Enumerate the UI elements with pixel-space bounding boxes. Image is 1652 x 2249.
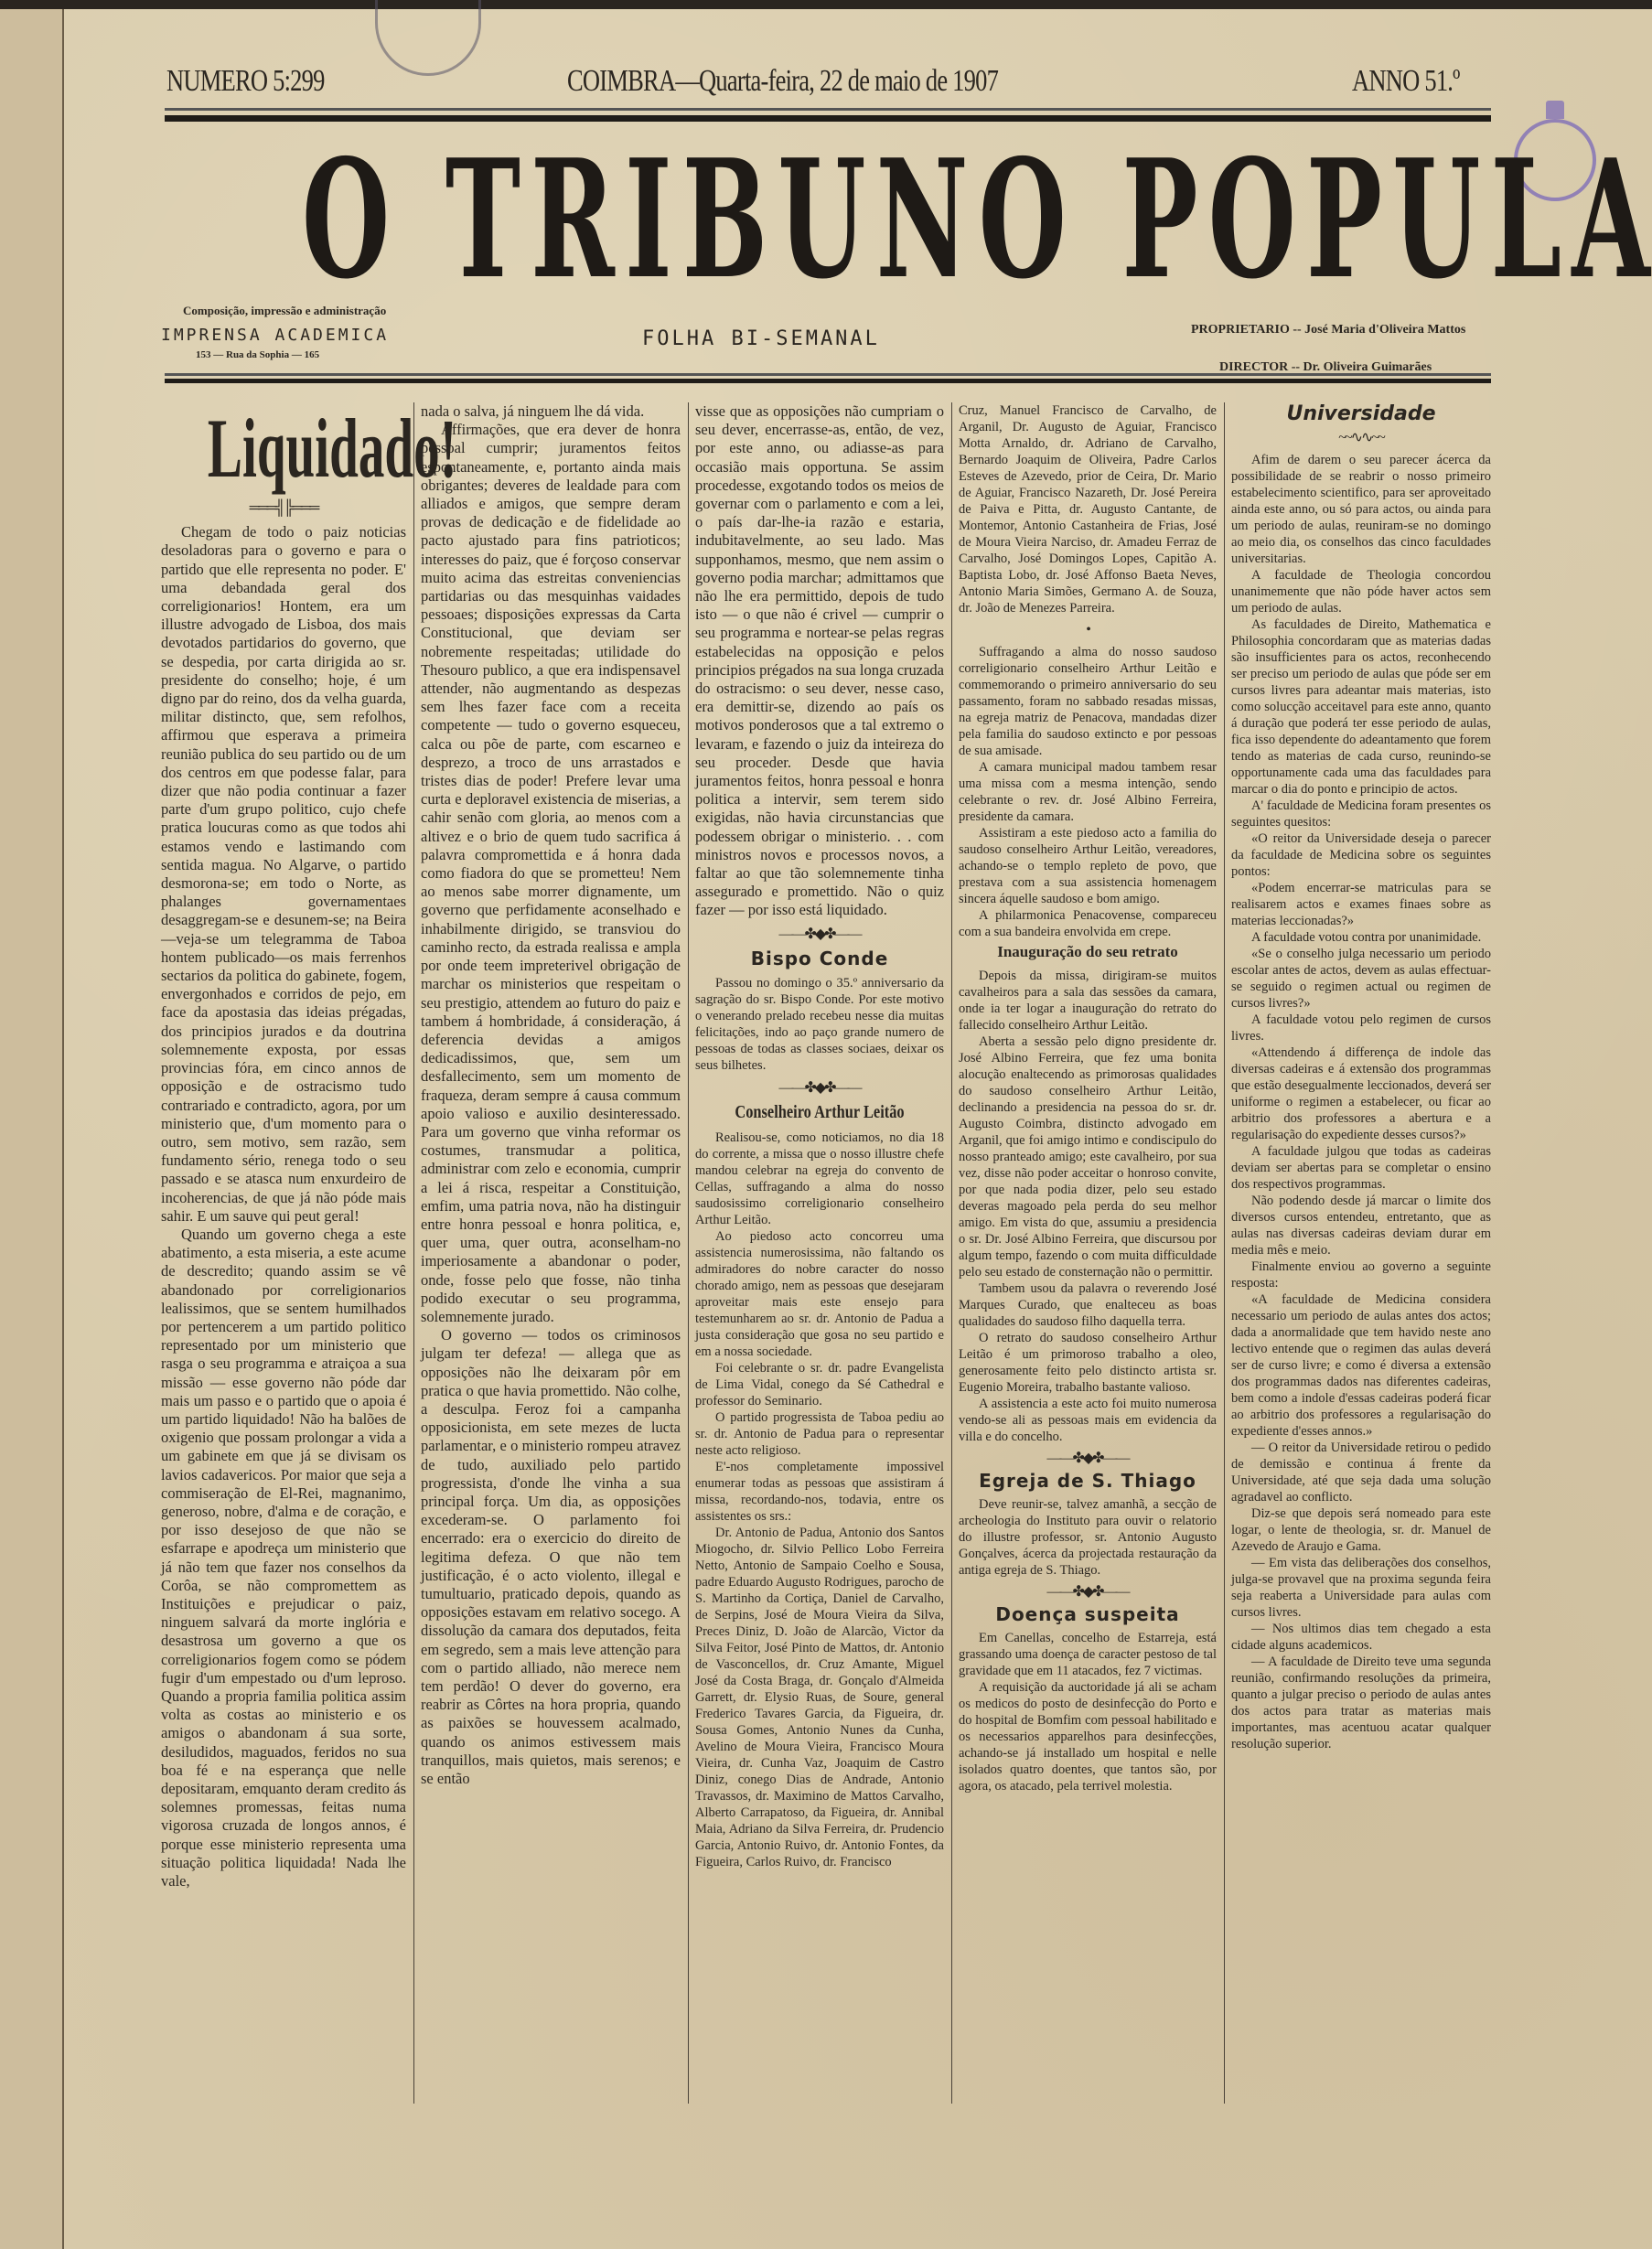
column-1: Liquidado! ═══╣╠═══ Chegam de todo o pai… [161, 402, 406, 1890]
separator-icon: ═══╣╠═══ [161, 499, 406, 518]
headline-egreja: Egreja de S. Thiago [959, 1473, 1217, 1489]
paragraph: A faculdade julgou que todas as cadeiras… [1231, 1143, 1491, 1193]
column-2: nada o salva, já ninguem lhe dá vida. Af… [421, 402, 681, 1788]
issue-number: NUMERO 5:299 [166, 64, 325, 99]
paragraph: Ao piedoso acto concorreu uma assistenci… [695, 1228, 944, 1360]
adjacent-page-edge [0, 9, 64, 2249]
newspaper-title: O TRIBUNO POPULAR [302, 133, 949, 306]
paragraph: Em Canellas, concelho de Estarreja, está… [959, 1630, 1217, 1679]
paragraph: Não podendo desde já marcar o limite dos… [1231, 1193, 1491, 1258]
paragraph: A philarmonica Penacovense, compareceu c… [959, 907, 1217, 940]
paragraph: A' faculdade de Medicina foram presentes… [1231, 798, 1491, 830]
ornament-icon: ——✤◆✤—— [959, 1584, 1217, 1601]
paragraph: Afim de darem o seu parecer ácerca da po… [1231, 452, 1491, 567]
rule [165, 108, 1491, 111]
year-volume: ANNO 51.º [1352, 64, 1460, 99]
headline-liquidado: Liquidado! [208, 402, 359, 494]
headline-universidade: Universidade [1231, 406, 1491, 423]
paragraph: Aberta a sessão pelo digno presidente dr… [959, 1033, 1217, 1280]
paragraph: «Podem encerrar-se matriculas para se re… [1231, 880, 1491, 929]
paragraph: A camara municipal madou tambem resar um… [959, 759, 1217, 825]
frequency: FOLHA BI-SEMANAL [642, 327, 880, 350]
paragraph: Suffragando a alma do nosso saudoso corr… [959, 644, 1217, 759]
headline-conselheiro: Conselheiro Arthur Leitão [717, 1103, 921, 1121]
paragraph: Assistiram a este piedoso acto a familia… [959, 825, 1217, 907]
press-name: IMPRENSA ACADEMICA [161, 326, 389, 345]
paragraph: «A faculdade de Medicina considera neces… [1231, 1291, 1491, 1440]
paragraph: Affirmações, que era dever de honra pess… [421, 421, 681, 1326]
rule [165, 373, 1491, 376]
paragraph: Realisou-se, como noticiamos, no dia 18 … [695, 1130, 944, 1228]
paragraph: — A faculdade de Direito teve uma segund… [1231, 1654, 1491, 1752]
column-4: Cruz, Manuel Francisco de Carvalho, de A… [959, 402, 1217, 1794]
paragraph: Passou no domingo o 35.º anniversario da… [695, 975, 944, 1074]
column-5: Universidade ~~∿∿~~ Afim de darem o seu … [1231, 402, 1491, 1752]
paragraph: Cruz, Manuel Francisco de Carvalho, de A… [959, 402, 1217, 616]
paragraph: Depois da missa, dirigiram-se muitos cav… [959, 968, 1217, 1033]
dateline: COIMBRA—Quarta-feira, 22 de maio de 1907 [567, 64, 998, 99]
paragraph: Chegam de todo o paiz noticias desolador… [161, 523, 406, 1226]
paragraph: «O reitor da Universidade deseja o parec… [1231, 830, 1491, 880]
paragraph: A faculdade votou pelo regimen de cursos… [1231, 1012, 1491, 1044]
column-divider [1224, 402, 1225, 2104]
paragraph: visse que as opposições não cumpriam o s… [695, 402, 944, 920]
ornament-icon: ——✤◆✤—— [959, 1451, 1217, 1467]
paragraph: Foi celebrante o sr. dr. padre Evangelis… [695, 1360, 944, 1409]
paragraph: A assistencia a este acto foi muito nume… [959, 1396, 1217, 1445]
paragraph: Finalmente enviou ao governo a seguinte … [1231, 1258, 1491, 1291]
paragraph: As faculdades de Direito, Mathematica e … [1231, 616, 1491, 798]
column-divider [688, 402, 689, 2104]
paragraph: Diz-se que depois será nomeado para este… [1231, 1505, 1491, 1555]
rule [165, 379, 1491, 383]
ornament-icon: ——✤◆✤—— [695, 1079, 944, 1098]
paragraph: A requisição da auctoridade já ali se ac… [959, 1679, 1217, 1794]
paragraph: Dr. Antonio de Padua, Antonio dos Santos… [695, 1525, 944, 1870]
paragraph: «Se o conselho julga necessario um perio… [1231, 946, 1491, 1012]
paragraph: — O reitor da Universidade retirou o ped… [1231, 1440, 1491, 1505]
paragraph: — Em vista das deliberações dos conselho… [1231, 1555, 1491, 1621]
headline-doenca: Doença suspeita [959, 1606, 1217, 1622]
paragraph: E'-nos completamente impossivel enumerar… [695, 1459, 944, 1525]
subheading-retrato: Inauguração do seu retrato [959, 944, 1217, 960]
proprietor: PROPRIETARIO -- José Maria d'Oliveira Ma… [1191, 323, 1465, 337]
press-address: 153 — Rua da Sophia — 165 [196, 349, 319, 360]
composition-note: Composição, impressão e administração [183, 304, 386, 318]
paragraph: A faculdade de Theologia concordou unani… [1231, 567, 1491, 616]
column-divider [413, 402, 414, 2104]
paragraph: Quando um governo chega a este abatiment… [161, 1226, 406, 1890]
paragraph: nada o salva, já ninguem lhe dá vida. [421, 402, 681, 421]
paragraph: O retrato do saudoso conselheiro Arthur … [959, 1330, 1217, 1396]
headline-bispo-conde: Bispo Conde [695, 949, 944, 968]
paragraph: Tambem usou da palavra o reverendo José … [959, 1280, 1217, 1330]
paragraph: Deve reunir-se, talvez amanhã, a secção … [959, 1496, 1217, 1579]
paragraph: — Nos ultimos dias tem chegado a esta ci… [1231, 1621, 1491, 1654]
paragraph: O governo — todos os criminosos julgam t… [421, 1326, 681, 1788]
column-divider [951, 402, 952, 2104]
column-3: visse que as opposições não cumpriam o s… [695, 402, 944, 1870]
paragraph: «Attendendo á differença de indole das d… [1231, 1044, 1491, 1143]
paragraph: A faculdade votou contra por unanimidade… [1231, 929, 1491, 946]
wave-separator-icon: ~~∿∿~~ [1231, 430, 1491, 446]
paragraph: O partido progressista de Taboa pediu ao… [695, 1409, 944, 1459]
ornament-icon: ——✤◆✤—— [695, 926, 944, 944]
rule [165, 115, 1491, 122]
dot-separator-icon: • [959, 622, 1217, 638]
